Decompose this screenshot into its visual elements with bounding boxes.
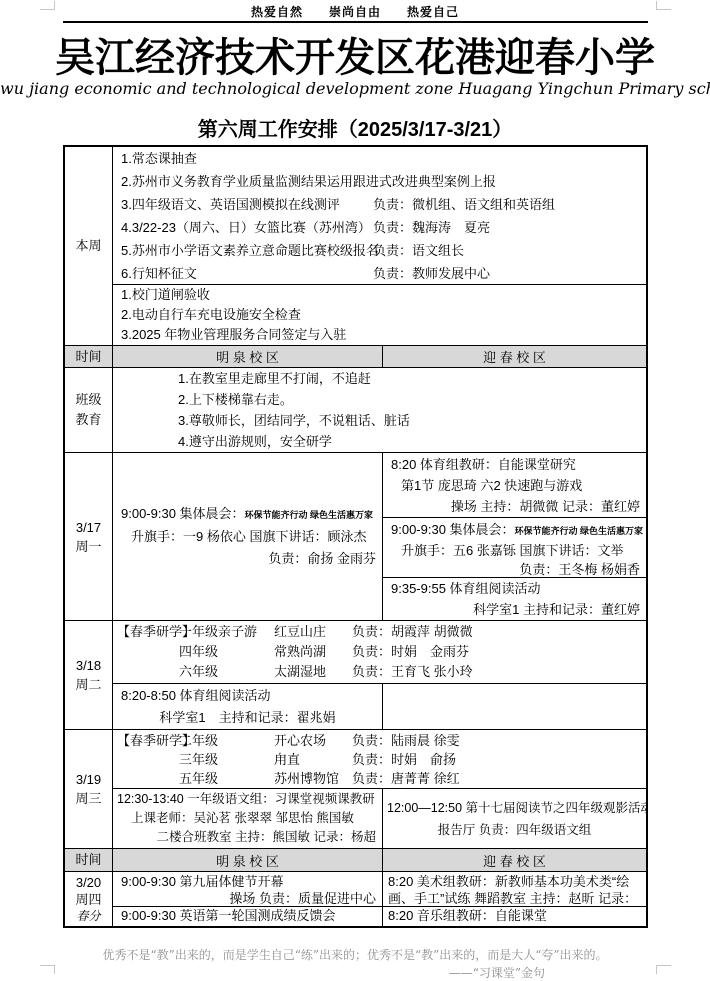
wednesday-weekday: 周三 — [75, 789, 101, 808]
activity-line: 科学室1 主持和记录：翟兆娟 — [113, 707, 382, 729]
owner-line: 负责：俞扬 金雨芬 — [113, 548, 382, 570]
monday-mingquan-cell: 9:00-9:30 集体晨会：环保节能齐行动 绿色生活惠万家 升旗手：一9 杨依… — [113, 453, 383, 620]
header-rule — [63, 21, 648, 23]
monday-yingchun-cell-2: 9:00-9:30 集体晨会：环保节能齐行动 绿色生活惠万家 升旗手：五6 张嘉… — [383, 517, 646, 577]
tuesday-yingchun-cell-empty — [383, 684, 646, 729]
activity-line: 操场 负责：质量促进中心 — [113, 890, 382, 906]
thursday-yingchun-cell-1: 8:20 美术组教研：新教师基本功美术类“绘画、手工”试练 舞蹈教室 主持：赵昕… — [383, 872, 646, 906]
trip-tag: 【春季研学】 — [117, 622, 179, 642]
thursday-yingchun-cell-2: 8:20 音乐组教研：自能课堂 — [383, 907, 646, 926]
activity-line: 二楼合班教室 主持：熊国敏 记录：杨超 — [113, 828, 382, 847]
monday-yingchun-cell-3: 9:35-9:55 体育组阅读活动 科学室1 主持和记录：董红婷 — [383, 577, 646, 620]
week-item: 6.行知杯征文负责：教师发展中心 — [113, 262, 646, 285]
assembly-line: 9:00-9:30 集体晨会：环保节能齐行动 绿色生活惠万家 — [383, 520, 646, 541]
monday-date-cell: 3/17 周一 — [65, 453, 113, 620]
mingquan-campus-header: 明 泉 校 区 — [113, 346, 383, 367]
class-education-item: 3.尊敬师长，团结同学，不说粗话、脏话 — [113, 410, 646, 431]
activity-line: 9:00-9:30 第九届体健节开幕 — [113, 873, 382, 890]
facility-item: 3.2025 年物业管理服务合同签定与入驻 — [113, 325, 646, 345]
trip-tag — [117, 642, 179, 662]
flag-raiser-line: 升旗手：五6 张嘉铄 国旗下讲话：文举 — [383, 541, 646, 560]
week-item: 2.苏州市义务教育学业质量监测结果运用跟进式改进典型案例上报 — [113, 170, 646, 193]
wednesday-row: 3/19 周三 【春季研学】二年级开心农场负责：陆雨晨 徐雯 三年级甪直负责：时… — [65, 729, 646, 848]
trip-line: 【春季研学】一年级亲子游红豆山庄负责：胡霞萍 胡微微 — [113, 622, 646, 642]
assembly-slogan: 环保节能齐行动 绿色生活惠万家 — [515, 526, 644, 536]
tuesday-trip-cell: 【春季研学】一年级亲子游红豆山庄负责：胡霞萍 胡微微 四年级常熟尚湖负责：时娟 … — [113, 621, 646, 683]
footer-quote-source: ——“习课堂”金句 — [0, 964, 545, 981]
thursday-row: 3/20 周四 春分 9:00-9:30 第九届体健节开幕 操场 负责：质量促进… — [65, 871, 646, 926]
activity-line: 12:00—12:50 第十七届阅读节之四年级观影活动 — [383, 797, 646, 819]
activity-line: 报告厅 负责：四年级语文组 — [383, 819, 646, 841]
time-header-label: 时间 — [75, 346, 101, 368]
week-item-owner: 负责：微机组、语文组和英语组 — [373, 193, 646, 216]
trip-grade: 三年级 — [179, 750, 274, 769]
time-header-cell: 时间 — [65, 346, 113, 367]
trip-grade: 五年级 — [179, 769, 274, 788]
this-week-label: 本周 — [75, 236, 101, 256]
trip-tag — [117, 662, 179, 682]
week-item-owner: 负责：魏海涛 夏亮 — [373, 216, 646, 239]
trip-place: 太湖湿地 — [274, 662, 352, 682]
footer-quote: 优秀不是“教”出来的，而是学生自己“练”出来的；优秀不是“教”出来的，而是大人“… — [0, 946, 710, 963]
yingchun-campus-header: 迎 春 校 区 — [383, 346, 646, 367]
time-header-label: 时间 — [75, 849, 101, 871]
activity-line: 12:30-13:40 一年级语文组：习课堂视频课教研 — [113, 790, 382, 809]
mingquan-campus-header: 明 泉 校 区 — [113, 849, 383, 871]
yingchun-header-label: 迎 春 校 区 — [483, 851, 546, 870]
yingchun-header-label: 迎 春 校 区 — [483, 347, 546, 366]
thursday-date: 3/20 — [76, 874, 101, 891]
trip-tag — [117, 769, 179, 788]
activity-line: 8:20 音乐组教研：自能课堂 — [383, 907, 646, 925]
assembly-time: 9:00-9:30 集体晨会： — [121, 506, 245, 521]
trip-grade: 一年级亲子游 — [179, 622, 274, 642]
school-motto: 热爱自然 崇尚自由 热爱自己 — [0, 3, 710, 20]
tuesday-row: 3/18 周二 【春季研学】一年级亲子游红豆山庄负责：胡霞萍 胡微微 四年级常熟… — [65, 620, 646, 729]
facility-item: 1.校门道闸验收 — [113, 285, 646, 305]
trip-owner: 负责：唐菁菁 徐红 — [352, 769, 646, 788]
trip-place: 甪直 — [274, 750, 352, 769]
flag-raiser-line: 升旗手：一9 杨依心 国旗下讲话：顾泳杰 — [113, 526, 382, 548]
thursday-weekday: 周四 — [75, 891, 101, 908]
wednesday-date: 3/19 — [76, 770, 101, 789]
week-item-text: 3.四年级语文、英语国测模拟在线测评 — [121, 193, 373, 216]
facility-item: 2.电动自行车充电设施安全检查 — [113, 305, 646, 325]
class-education-item: 1.在教室里走廊里不打闹，不追赶 — [113, 368, 646, 389]
owner-line: 负责：王冬梅 杨娟香 — [383, 560, 646, 577]
trip-line: 【春季研学】二年级开心农场负责：陆雨晨 徐雯 — [113, 731, 646, 750]
week-item: 3.四年级语文、英语国测模拟在线测评负责：微机组、语文组和英语组 — [113, 193, 646, 216]
tuesday-mingquan-cell: 8:20-8:50 体育组阅读活动 科学室1 主持和记录：翟兆娟 — [113, 684, 383, 729]
school-name-calligraphy: 吴江经济技术开发区花港迎春小学 — [0, 26, 710, 83]
trip-owner: 负责：陆雨晨 徐雯 — [352, 731, 646, 750]
class-education-label: 教育 — [75, 410, 101, 430]
trip-grade: 六年级 — [179, 662, 274, 682]
trip-line: 四年级常熟尚湖负责：时娟 金雨芬 — [113, 642, 646, 662]
thursday-date-cell: 3/20 周四 春分 — [65, 872, 113, 926]
trip-owner: 负责：王育飞 张小玲 — [352, 662, 646, 682]
tuesday-weekday: 周二 — [75, 675, 101, 694]
trip-line: 三年级甪直负责：时娟 俞扬 — [113, 750, 646, 769]
week-item-text: 2.苏州市义务教育学业质量监测结果运用跟进式改进典型案例上报 — [121, 170, 373, 193]
tuesday-date: 3/18 — [76, 656, 101, 675]
mingquan-header-label: 明 泉 校 区 — [216, 851, 279, 870]
trip-tag: 【春季研学】 — [117, 731, 179, 750]
trip-tag — [117, 750, 179, 769]
wednesday-mingquan-cell: 12:30-13:40 一年级语文组：习课堂视频课教研 上课老师：吴沁茗 张翠翠… — [113, 789, 383, 848]
monday-weekday: 周一 — [75, 537, 101, 556]
class-education-row: 班级 教育 1.在教室里走廊里不打闹，不追赶 2.上下楼梯靠右走。 3.尊敬师长… — [65, 367, 646, 452]
school-name-english: wu jiang economic and technological deve… — [0, 79, 710, 98]
trip-place: 开心农场 — [274, 731, 352, 750]
week-item-owner: 负责：教师发展中心 — [373, 262, 646, 285]
activity-line: 8:20 体育组教研：自能课堂研究 — [383, 454, 646, 475]
thursday-mingquan-cell-2: 9:00-9:30 英语第一轮国测成绩反馈会 — [113, 907, 383, 926]
this-week-row: 本周 1.常态课抽查 2.苏州市义务教育学业质量监测结果运用跟进式改进典型案例上… — [65, 147, 646, 345]
thursday-mingquan-cell-1: 9:00-9:30 第九届体健节开幕 操场 负责：质量促进中心 — [113, 872, 383, 906]
week-item: 4.3/22-23（周六、日）女篮比赛（苏州湾）负责：魏海涛 夏亮 — [113, 216, 646, 239]
weekly-schedule-table: 本周 1.常态课抽查 2.苏州市义务教育学业质量监测结果运用跟进式改进典型案例上… — [63, 145, 648, 928]
time-header-cell: 时间 — [65, 849, 113, 871]
yingchun-campus-header: 迎 春 校 区 — [383, 849, 646, 871]
monday-date: 3/17 — [76, 518, 101, 537]
class-education-label: 班级 — [75, 390, 101, 410]
activity-line: 上课老师：吴沁茗 张翠翠 邹思怡 熊国敏 — [113, 809, 382, 828]
crop-mark-bottom-right — [656, 965, 671, 974]
activity-line: 9:35-9:55 体育组阅读活动 — [383, 578, 646, 599]
week-item-owner — [373, 170, 646, 193]
trip-place: 常熟尚湖 — [274, 642, 352, 662]
trip-grade: 二年级 — [179, 731, 274, 750]
trip-place: 红豆山庄 — [274, 622, 352, 642]
activity-line: 第1节 庞思琦 六2 快速跑与游戏 — [383, 475, 646, 496]
trip-owner: 负责：胡霞萍 胡微微 — [352, 622, 646, 642]
assembly-line: 9:00-9:30 集体晨会：环保节能齐行动 绿色生活惠万家 — [113, 503, 382, 526]
tuesday-date-cell: 3/18 周二 — [65, 621, 113, 729]
wednesday-yingchun-cell: 12:00—12:50 第十七届阅读节之四年级观影活动 报告厅 负责：四年级语文… — [383, 789, 646, 848]
wednesday-trip-cell: 【春季研学】二年级开心农场负责：陆雨晨 徐雯 三年级甪直负责：时娟 俞扬 五年级… — [113, 730, 646, 788]
trip-place: 苏州博物馆 — [274, 769, 352, 788]
campus-header-row-2: 时间 明 泉 校 区 迎 春 校 区 — [65, 848, 646, 871]
trip-owner: 负责：时娟 金雨芬 — [352, 642, 646, 662]
class-education-items-cell: 1.在教室里走廊里不打闹，不追赶 2.上下楼梯靠右走。 3.尊敬师长，团结同学，… — [113, 368, 646, 452]
class-education-item: 4.遵守出游规则，安全研学 — [113, 431, 646, 452]
trip-line: 五年级苏州博物馆负责：唐菁菁 徐红 — [113, 769, 646, 788]
this-week-items-cell: 1.常态课抽查 2.苏州市义务教育学业质量监测结果运用跟进式改进典型案例上报 3… — [113, 147, 646, 284]
trip-line: 六年级太湖湿地负责：王育飞 张小玲 — [113, 662, 646, 682]
trip-owner: 负责：时娟 俞扬 — [352, 750, 646, 769]
assembly-slogan: 环保节能齐行动 绿色生活惠万家 — [245, 510, 374, 520]
class-education-item: 2.上下楼梯靠右走。 — [113, 389, 646, 410]
trip-grade: 四年级 — [179, 642, 274, 662]
solar-term-label: 春分 — [76, 908, 100, 925]
activity-line: 8:20-8:50 体育组阅读活动 — [113, 685, 382, 707]
week-item-text: 5.苏州市小学语文素养立意命题比赛校级报名 — [121, 239, 373, 262]
week-item-text: 6.行知杯征文 — [121, 262, 373, 285]
week-item: 5.苏州市小学语文素养立意命题比赛校级报名负责：语文组长 — [113, 239, 646, 262]
week-item-text: 4.3/22-23（周六、日）女篮比赛（苏州湾） — [121, 216, 373, 239]
assembly-time: 9:00-9:30 集体晨会： — [391, 522, 515, 537]
week-item-owner: 负责：语文组长 — [373, 239, 646, 262]
wednesday-date-cell: 3/19 周三 — [65, 730, 113, 848]
campus-header-row-1: 时间 明 泉 校 区 迎 春 校 区 — [65, 345, 646, 367]
week-item-owner — [373, 147, 646, 170]
class-education-label-cell: 班级 教育 — [65, 368, 113, 452]
facility-items-cell: 1.校门道闸验收 2.电动自行车充电设施安全检查 3.2025 年物业管理服务合… — [113, 284, 646, 345]
monday-row: 3/17 周一 9:00-9:30 集体晨会：环保节能齐行动 绿色生活惠万家 升… — [65, 452, 646, 620]
activity-line: 操场 主持：胡微微 记录：董红婷 — [383, 496, 646, 517]
week-item-text: 1.常态课抽查 — [121, 147, 373, 170]
mingquan-header-label: 明 泉 校 区 — [216, 347, 279, 366]
activity-line: 科学室1 主持和记录：董红婷 — [383, 599, 646, 620]
this-week-label-cell: 本周 — [65, 147, 113, 345]
monday-yingchun-cell-1: 8:20 体育组教研：自能课堂研究 第1节 庞思琦 六2 快速跑与游戏 操场 主… — [383, 453, 646, 517]
week-item: 1.常态课抽查 — [113, 147, 646, 170]
page-title: 第六周工作安排（2025/3/17-3/21） — [0, 113, 710, 142]
activity-line: 9:00-9:30 英语第一轮国测成绩反馈会 — [113, 907, 382, 925]
